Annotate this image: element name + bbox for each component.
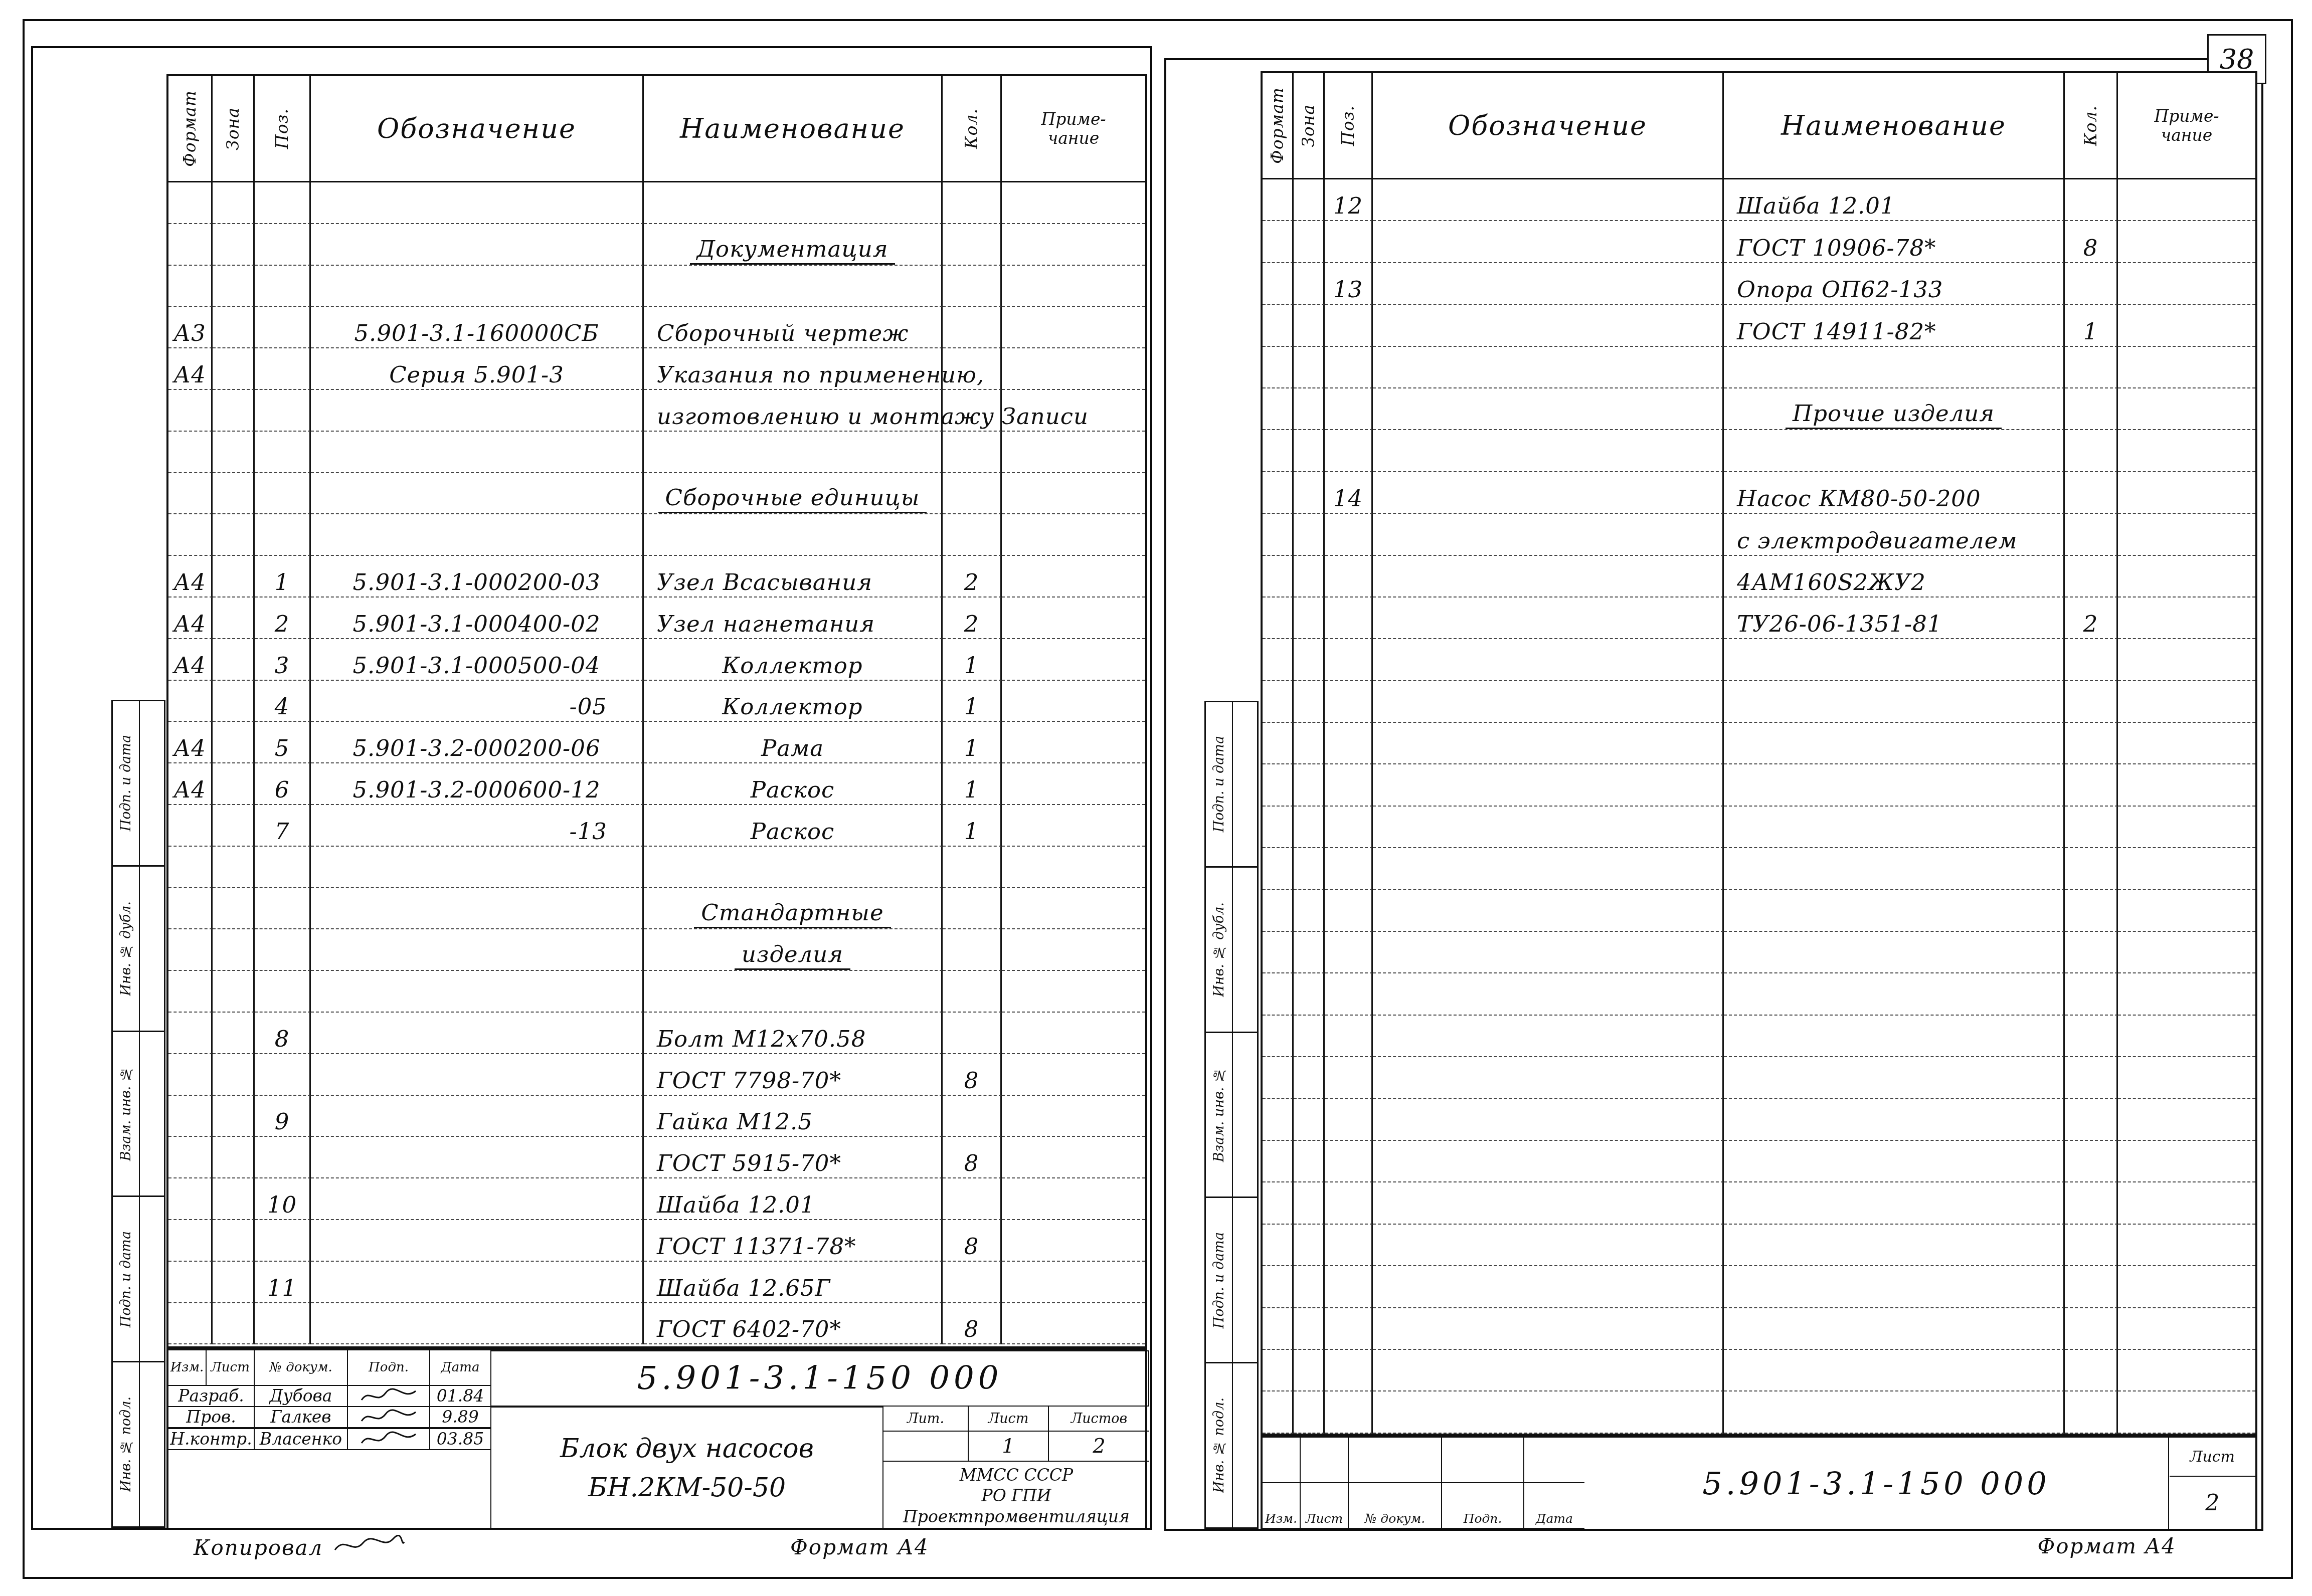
spec-cell-designation — [1373, 807, 1724, 848]
sheet-label: Лист — [969, 1407, 1049, 1432]
spec-cell-name — [644, 847, 943, 888]
spec-cell-name — [1724, 764, 2065, 806]
spec-cell-pos: 13 — [1325, 263, 1373, 305]
spec-cell-qty: 1 — [2065, 305, 2118, 346]
spec-cell-designation — [1373, 1182, 1724, 1224]
spec-cell-format — [168, 266, 213, 307]
spec-row — [1263, 1225, 2255, 1266]
spec-cell-format — [1263, 388, 1294, 430]
spec-cell-name — [1724, 1225, 2065, 1266]
spec-cell-note — [1002, 888, 1145, 930]
spec-cell-name: изготовлению и монтажу — [644, 390, 943, 432]
spec-row — [168, 971, 1145, 1013]
col-zone: Зона — [1294, 73, 1325, 179]
spec-cell-zone — [213, 763, 255, 805]
spec-cell-name: Шайба 12.65Г — [644, 1262, 943, 1303]
spec-cell-format — [1263, 1016, 1294, 1057]
spec-cell-designation — [311, 224, 644, 266]
spec-cell-designation: Серия 5.901-3 — [311, 348, 644, 390]
spec-row: А415.901-3.1-000200-03Узел Всасывания2 — [168, 556, 1145, 597]
title-block-continuation: Изм. Лист № докум. Подп. Дата 5.901-3.1-… — [1261, 1436, 2257, 1529]
spec-row: А465.901-3.2-000600-12Раскос1 — [168, 763, 1145, 805]
spec-cell-zone — [213, 473, 255, 515]
spec-cell-name — [1724, 1391, 2065, 1433]
spec-cell-name: с электродвигателем — [1724, 514, 2065, 555]
spec-cell-format — [1263, 807, 1294, 848]
spec-cell-note — [1002, 514, 1145, 556]
copyist-signature — [331, 1535, 406, 1555]
spec-cell-pos: 11 — [255, 1262, 311, 1303]
spec-cell-note — [1002, 1220, 1145, 1262]
spec-cell-designation — [311, 1178, 644, 1220]
spec-cell-name — [1724, 973, 2065, 1015]
sheet-value: 2 — [2170, 1477, 2256, 1529]
spec-cell-qty — [2065, 848, 2118, 890]
spec-cell-format: А4 — [168, 639, 213, 681]
spec-row — [168, 514, 1145, 556]
spec-row: 8Болт М12х70.58 — [168, 1013, 1145, 1054]
spec-cell-name: Узел Всасывания — [644, 556, 943, 597]
spec-cell-designation — [1373, 1016, 1724, 1057]
spec-cell-qty — [943, 1178, 1002, 1220]
spec-cell-zone — [1294, 807, 1325, 848]
spec-cell-zone — [213, 1303, 255, 1345]
spec-cell-note — [1002, 1054, 1145, 1096]
stamp-signature-area — [140, 1197, 164, 1361]
doc-number: 5.901-3.1-150 000 — [490, 1350, 1149, 1407]
spec-row — [1263, 1391, 2255, 1433]
spec-cell-pos — [1325, 973, 1373, 1015]
spec-cell-note — [1002, 929, 1145, 971]
spec-cell-name: Гайка М12.5 — [644, 1096, 943, 1137]
spec-cell-zone — [1294, 514, 1325, 555]
spec-cell-qty — [2065, 1308, 2118, 1350]
spec-cell-designation — [1373, 347, 1724, 388]
spec-cell-pos — [1325, 430, 1373, 472]
spec-cell-name: Коллектор — [644, 639, 943, 681]
spec-cell-qty: 2 — [943, 556, 1002, 597]
spec-cell-designation — [311, 390, 644, 432]
spec-cell-zone — [1294, 305, 1325, 346]
product-name-line2: БН.2КМ-50-50 — [588, 1473, 786, 1503]
spec-rows: ДокументацияА35.901-3.1-160000СБСборочны… — [168, 182, 1145, 1344]
spec-row: ГОСТ 5915-70*8 — [168, 1137, 1145, 1178]
spec-row: 10Шайба 12.01 — [168, 1178, 1145, 1220]
spec-cell-zone — [1294, 764, 1325, 806]
spec-cell-note — [2118, 1016, 2255, 1057]
spec-cell-note — [2118, 388, 2255, 430]
spec-row — [1263, 932, 2255, 973]
spec-cell-zone — [213, 182, 255, 224]
spec-cell-pos — [1325, 1391, 1373, 1433]
col-name: Наименование — [1724, 73, 2065, 179]
spec-cell-zone — [213, 1054, 255, 1096]
handwritten-signature — [359, 1429, 419, 1449]
spec-cell-designation — [1373, 263, 1724, 305]
spec-cell-qty — [2065, 1141, 2118, 1182]
spec-cell-name: 4АМ160S2ЖУ2 — [1724, 556, 2065, 597]
spec-cell-designation — [1373, 723, 1724, 764]
spec-cell-qty: 1 — [943, 763, 1002, 805]
spec-cell-note — [1002, 307, 1145, 348]
spec-cell-qty — [2065, 1057, 2118, 1099]
spec-cell-pos — [1325, 1225, 1373, 1266]
sig-col-izm: Изм. — [168, 1350, 207, 1386]
spec-cell-qty — [2065, 681, 2118, 723]
col-note: Приме-чание — [2118, 73, 2255, 179]
spec-cell-qty — [2065, 807, 2118, 848]
spec-cell-note — [2118, 639, 2255, 681]
spec-cell-pos — [1325, 764, 1373, 806]
signature-grid: Изм. Лист № докум. Подп. Дата Разраб.Дуб… — [168, 1350, 490, 1528]
spec-cell-zone — [213, 390, 255, 432]
spec-row — [1263, 639, 2255, 681]
spec-cell-note — [2118, 556, 2255, 597]
stamp-signature-area — [140, 1362, 164, 1526]
spec-cell-note — [2118, 305, 2255, 346]
spec-cell-name — [1724, 890, 2065, 932]
spec-cell-note — [2118, 1350, 2255, 1391]
spec-cell-qty — [2065, 347, 2118, 388]
spec-cell-designation — [311, 888, 644, 930]
spec-row: 13Опора ОП62-133 — [1263, 263, 2255, 305]
spec-cell-pos — [255, 266, 311, 307]
spec-cell-note — [2118, 848, 2255, 890]
spec-cell-pos: 1 — [255, 556, 311, 597]
spec-cell-format — [168, 390, 213, 432]
spec-cell-designation — [1373, 597, 1724, 639]
spec-cell-designation: -13 — [311, 805, 644, 847]
spec-cell-pos: 7 — [255, 805, 311, 847]
spec-cell-pos — [1325, 890, 1373, 932]
signature-cell — [348, 1407, 430, 1428]
stamp-label: Взам. инв. № — [113, 1032, 140, 1196]
spec-cell-format — [168, 1178, 213, 1220]
spec-cell-designation: 5.901-3.1-000200-03 — [311, 556, 644, 597]
spec-cell-zone — [213, 639, 255, 681]
spec-cell-name — [1724, 1141, 2065, 1182]
spec-cell-designation — [1373, 639, 1724, 681]
spec-cell-zone — [1294, 1141, 1325, 1182]
col-name: Наименование — [644, 76, 943, 182]
spec-cell-format — [1263, 764, 1294, 806]
spec-cell-zone — [213, 888, 255, 930]
spec-row — [1263, 764, 2255, 806]
spec-cell-designation: 5.901-3.1-160000СБ — [311, 307, 644, 348]
spec-cell-designation — [311, 182, 644, 224]
spec-cell-format — [168, 971, 213, 1013]
stamp-label: Подп. и дата — [1206, 702, 1233, 866]
spec-cell-pos — [1325, 807, 1373, 848]
stamp-signature-area — [1233, 868, 1257, 1032]
stamp-label: Инв. № подл. — [113, 1362, 140, 1526]
spec-cell-designation: 5.901-3.1-000500-04 — [311, 639, 644, 681]
spec-cell-zone — [1294, 1016, 1325, 1057]
spec-cell-qty — [943, 847, 1002, 888]
doc-number: 5.901-3.1-150 000 — [1584, 1438, 2169, 1529]
stamp-cell: Подп. и дата — [111, 700, 165, 865]
spec-cell-qty — [2065, 179, 2118, 221]
spec-cell-note — [2118, 1141, 2255, 1182]
spec-cell-format — [168, 432, 213, 473]
spec-cell-format — [168, 1220, 213, 1262]
signature-cell: Пров. — [168, 1407, 255, 1428]
title-block: Изм. Лист № докум. Подп. Дата Разраб.Дуб… — [166, 1348, 1147, 1528]
spec-cell-pos: 2 — [255, 597, 311, 639]
spec-cell-format — [168, 1013, 213, 1054]
spec-row — [168, 432, 1145, 473]
spec-cell-pos — [1325, 848, 1373, 890]
spec-cell-format — [1263, 1141, 1294, 1182]
spec-cell-pos: 12 — [1325, 179, 1373, 221]
spec-cell-note — [1002, 1262, 1145, 1303]
stamp-signature-area — [1233, 702, 1257, 866]
spec-cell-note — [1002, 639, 1145, 681]
spec-row: ГОСТ 14911-82*1 — [1263, 305, 2255, 346]
spec-cell-zone — [213, 432, 255, 473]
spec-cell-designation — [1373, 890, 1724, 932]
spec-cell-note — [2118, 807, 2255, 848]
spec-cell-format — [1263, 1182, 1294, 1224]
spec-row — [1263, 848, 2255, 890]
stamp-signature-area — [140, 867, 164, 1031]
spec-cell-note — [2118, 890, 2255, 932]
organization: ММСС СССР РО ГПИ Проектпромвентиляция — [883, 1462, 1149, 1530]
spec-cell-note — [1002, 556, 1145, 597]
spec-cell-note: Записи — [1002, 390, 1145, 432]
sheet-cell: Лист 2 — [2170, 1438, 2256, 1529]
stamp-label: Инв. № дубл. — [113, 867, 140, 1031]
col-note: Приме-чание — [1002, 76, 1145, 182]
spec-cell-format — [168, 1096, 213, 1137]
spec-cell-designation — [1373, 681, 1724, 723]
spec-cell-pos — [1325, 681, 1373, 723]
spec-cell-qty — [2065, 723, 2118, 764]
spec-cell-note — [1002, 1303, 1145, 1345]
col-zone: Зона — [213, 76, 255, 182]
spec-cell-qty — [943, 1096, 1002, 1137]
spec-cell-format — [1263, 1266, 1294, 1308]
spec-cell-name: Прочие изделия — [1724, 388, 2065, 430]
spec-cell-name — [1724, 681, 2065, 723]
spec-cell-note — [1002, 597, 1145, 639]
spec-cell-qty — [943, 224, 1002, 266]
spec-cell-pos: 14 — [1325, 472, 1373, 514]
spec-cell-format — [1263, 1057, 1294, 1099]
col-qty: Кол. — [2065, 73, 2118, 179]
spec-cell-qty: 8 — [943, 1054, 1002, 1096]
change-grid-label-row: Изм. Лист № докум. Подп. Дата — [1263, 1483, 1584, 1529]
spec-cell-note — [2118, 1182, 2255, 1224]
stamp-cell: Инв. № дубл. — [111, 865, 165, 1031]
spec-cell-zone — [213, 1137, 255, 1178]
spec-cell-pos — [255, 348, 311, 390]
spec-row — [1263, 1182, 2255, 1224]
spec-cell-zone — [213, 722, 255, 763]
spec-rows: 12Шайба 12.01ГОСТ 10906-78*813Опора ОП62… — [1263, 179, 2255, 1434]
spec-cell-pos — [1325, 388, 1373, 430]
spec-cell-note — [1002, 224, 1145, 266]
spec-cell-name — [644, 971, 943, 1013]
change-grid: Изм. Лист № докум. Подп. Дата — [1263, 1438, 1584, 1529]
spec-cell-pos — [255, 1220, 311, 1262]
col-qty: Кол. — [943, 76, 1002, 182]
spec-cell-qty — [2065, 1350, 2118, 1391]
spec-cell-note — [2118, 263, 2255, 305]
spec-cell-designation — [1373, 221, 1724, 263]
spec-cell-name: ГОСТ 7798-70* — [644, 1054, 943, 1096]
spec-row: ГОСТ 11371-78*8 — [168, 1220, 1145, 1262]
spec-cell-format — [168, 1262, 213, 1303]
spec-cell-qty — [2065, 932, 2118, 973]
spec-cell-note — [2118, 932, 2255, 973]
spec-cell-pos — [255, 224, 311, 266]
spec-cell-designation — [311, 1220, 644, 1262]
spec-cell-name — [1724, 639, 2065, 681]
stamp-cell: Инв. № подл. — [1204, 1362, 1259, 1529]
spec-cell-format — [1263, 221, 1294, 263]
format-label: Формат А4 — [790, 1535, 929, 1559]
spec-cell-format — [1263, 973, 1294, 1015]
spec-cell-zone — [213, 514, 255, 556]
spec-cell-name — [1724, 1099, 2065, 1141]
spec-cell-designation — [311, 1054, 644, 1096]
spec-cell-pos: 9 — [255, 1096, 311, 1137]
spec-cell-zone — [213, 805, 255, 847]
spec-cell-qty — [943, 1013, 1002, 1054]
spec-cell-name — [1724, 430, 2065, 472]
spec-cell-qty: 2 — [943, 597, 1002, 639]
signature-cell — [348, 1386, 430, 1407]
spec-cell-qty — [2065, 1182, 2118, 1224]
spec-cell-qty — [2065, 1266, 2118, 1308]
spec-cell-note — [2118, 1391, 2255, 1433]
spec-cell-format — [1263, 263, 1294, 305]
spec-cell-note — [1002, 266, 1145, 307]
spec-cell-note — [2118, 347, 2255, 388]
spec-cell-qty: 2 — [2065, 597, 2118, 639]
spec-row — [1263, 1266, 2255, 1308]
spec-cell-format — [1263, 1099, 1294, 1141]
lit-cells — [883, 1432, 969, 1462]
spec-cell-name: ГОСТ 5915-70* — [644, 1137, 943, 1178]
spec-cell-note — [1002, 805, 1145, 847]
spec-cell-designation — [311, 473, 644, 515]
spec-cell-zone — [213, 556, 255, 597]
stamp-sidebar: Подп. и датаИнв. № дубл.Взам. инв. №Подп… — [111, 700, 165, 1528]
dokum-label: № докум. — [1349, 1483, 1442, 1529]
handwritten-signature — [359, 1407, 419, 1427]
spec-cell-zone — [1294, 1182, 1325, 1224]
spec-cell-designation — [1373, 179, 1724, 221]
spec-cell-qty — [943, 473, 1002, 515]
spec-cell-note — [2118, 179, 2255, 221]
spec-cell-pos — [1325, 305, 1373, 346]
spec-cell-name: изделия — [644, 929, 943, 971]
spec-cell-designation — [1373, 388, 1724, 430]
spec-cell-qty: 8 — [943, 1220, 1002, 1262]
spec-cell-note — [1002, 1013, 1145, 1054]
spec-cell-zone — [213, 1262, 255, 1303]
spec-row — [1263, 1016, 2255, 1057]
spec-cell-qty — [943, 432, 1002, 473]
sig-col-list: Лист — [207, 1350, 255, 1386]
stamp-signature-area — [1233, 1363, 1257, 1527]
spec-cell-zone — [1294, 347, 1325, 388]
spec-cell-format — [168, 224, 213, 266]
stamp-cell: Подп. и дата — [1204, 701, 1259, 866]
spec-cell-name — [1724, 807, 2065, 848]
spec-cell-qty — [943, 348, 1002, 390]
spec-cell-pos — [1325, 932, 1373, 973]
spec-cell-designation — [1373, 472, 1724, 514]
spec-cell-pos: 4 — [255, 681, 311, 722]
stamp-label: Взам. инв. № — [1206, 1033, 1233, 1197]
spec-cell-zone — [1294, 1308, 1325, 1350]
spec-cell-format — [168, 929, 213, 971]
spec-cell-format: А4 — [168, 722, 213, 763]
spec-row — [168, 266, 1145, 307]
format-label: Формат А4 — [2037, 1534, 2176, 1558]
org-line1: ММСС СССР — [960, 1465, 1074, 1485]
signature-row: Н.контр.Власенко03.85 — [168, 1429, 490, 1450]
spec-cell-qty — [2065, 764, 2118, 806]
spec-cell-format — [1263, 556, 1294, 597]
spec-cell-zone — [213, 307, 255, 348]
spec-cell-format — [168, 681, 213, 722]
spec-cell-format — [168, 182, 213, 224]
spec-table: Формат Зона Поз. Обозначение Наименовани… — [166, 74, 1147, 1348]
spec-cell-designation — [311, 1303, 644, 1345]
spec-sheet-2: 38 Подп. и датаИнв. № дубл.Взам. инв. №П… — [1164, 58, 2263, 1531]
sheet-value: 1 — [969, 1432, 1049, 1462]
spec-cell-qty — [943, 266, 1002, 307]
spec-cell-note — [2118, 1225, 2255, 1266]
spec-cell-zone — [213, 1013, 255, 1054]
stamp-signature-area — [140, 701, 164, 865]
spec-cell-name: Опора ОП62-133 — [1724, 263, 2065, 305]
spec-cell-name: Коллектор — [644, 681, 943, 722]
spec-cell-qty — [2065, 890, 2118, 932]
stamp-signature-area — [1233, 1033, 1257, 1197]
spec-cell-designation — [1373, 1225, 1724, 1266]
signature-cell: Разраб. — [168, 1386, 255, 1407]
spec-cell-format — [168, 805, 213, 847]
spec-cell-designation — [311, 929, 644, 971]
spec-cell-qty: 8 — [2065, 221, 2118, 263]
col-format: Формат — [168, 76, 213, 182]
spec-cell-zone — [1294, 639, 1325, 681]
spec-cell-name: Стандартные — [644, 888, 943, 930]
spec-row — [1263, 681, 2255, 723]
list-label: Лист — [1301, 1483, 1349, 1529]
spec-cell-zone — [213, 929, 255, 971]
sig-col-podp: Подп. — [348, 1350, 430, 1386]
spec-cell-zone — [1294, 890, 1325, 932]
spec-cell-designation — [1373, 932, 1724, 973]
scanned-specification-document: Подп. и датаИнв. № дубл.Взам. инв. №Подп… — [0, 0, 2312, 1596]
spec-cell-pos: 3 — [255, 639, 311, 681]
spec-row: Сборочные единицы — [168, 473, 1145, 515]
spec-cell-pos — [255, 847, 311, 888]
spec-cell-pos: 10 — [255, 1178, 311, 1220]
spec-cell-zone — [213, 681, 255, 722]
spec-cell-designation — [311, 1137, 644, 1178]
spec-cell-zone — [1294, 179, 1325, 221]
spec-cell-pos — [255, 1137, 311, 1178]
spec-cell-note — [1002, 722, 1145, 763]
sheets-value: 2 — [1049, 1432, 1149, 1462]
